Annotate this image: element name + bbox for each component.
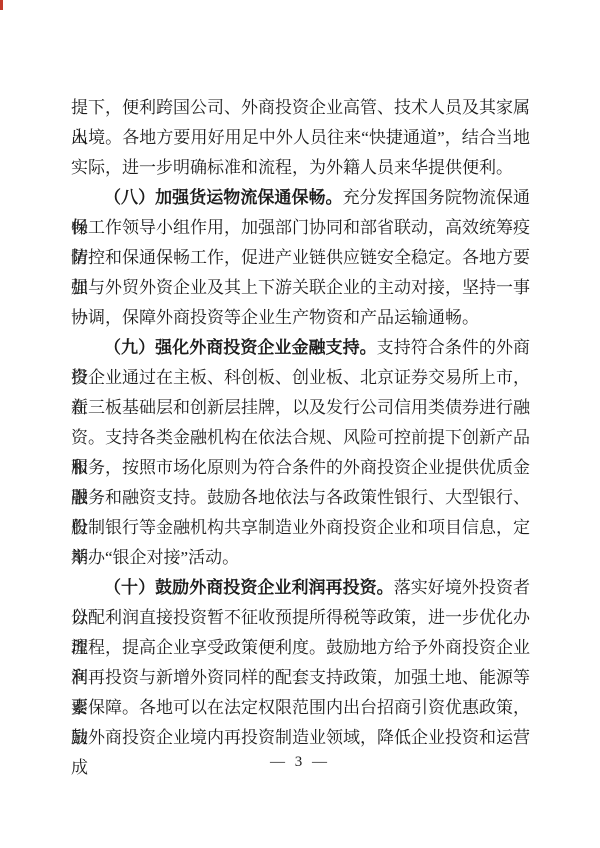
body-text-line: 防控和保通保畅工作，促进产业链供应链安全稳定。各地方要加 [71, 243, 530, 273]
document-body: 提下，便利跨国公司、外商投资企业高管、技术人员及其家属出 入境。各地方要用好用足… [71, 93, 530, 753]
section-8-heading: （八）加强货运物流保通保畅。 [104, 188, 343, 207]
body-text-line: 资企业通过在主板、科创板、创业板、北京证券交易所上市，在 [71, 363, 530, 393]
scan-artifact-red-mark [0, 0, 3, 10]
body-text-line: 提下，便利跨国公司、外商投资企业高管、技术人员及其家属出 [71, 93, 530, 123]
body-text-line: 协调，保障外商投资等企业生产物资和产品运输通畅。 [71, 303, 530, 333]
section-8-heading-line: （八）加强货运物流保通保畅。充分发挥国务院物流保通保 [71, 183, 530, 213]
body-text-line: 举办“银企对接”活动。 [71, 543, 530, 573]
body-text-line: 份制银行等金融机构共享制造业外商投资企业和项目信息，定期 [71, 513, 530, 543]
body-text-line: 畅工作领导小组作用，加强部门协同和部省联动，高效统筹疫情 [71, 213, 530, 243]
section-10-heading-line: （十）鼓励外商投资企业利润再投资。落实好境外投资者以 [71, 573, 530, 603]
body-text-line: 资。支持各类金融机构在依法合规、风险可控前提下创新产品和 [71, 423, 530, 453]
body-text-line: 强与外贸外资企业及其上下游关联企业的主动对接，坚持一事一 [71, 273, 530, 303]
body-text-line: 服务和融资支持。鼓励各地依法与各政策性银行、大型银行、股 [71, 483, 530, 513]
body-text-line: 励外商投资企业境内再投资制造业领域，降低企业投资和运营成 [71, 723, 530, 753]
body-text-line: 分配利润直接投资暂不征收预提所得税等政策，进一步优化办理 [71, 603, 530, 633]
section-9-heading: （九）强化外商投资企业金融支持。 [104, 338, 377, 357]
document-page: 提下，便利跨国公司、外商投资企业高管、技术人员及其家属出 入境。各地方要用好用足… [0, 0, 600, 848]
section-9-heading-line: （九）强化外商投资企业金融支持。支持符合条件的外商投 [71, 333, 530, 363]
body-text-line: 素保障。各地可以在法定权限范围内出台招商引资优惠政策，鼓 [71, 693, 530, 723]
body-text-line: 润再投资与新增外资同样的配套支持政策，加强土地、能源等要 [71, 663, 530, 693]
page-number: — 3 — [0, 754, 600, 771]
body-text-line: 入境。各地方要用好用足中外人员往来“快捷通道”，结合当地 [71, 123, 530, 153]
body-text-line: 实际，进一步明确标准和流程，为外籍人员来华提供便利。 [71, 153, 530, 183]
body-text-line: 新三板基础层和创新层挂牌，以及发行公司信用类债券进行融 [71, 393, 530, 423]
body-text-line: 服务，按照市场化原则为符合条件的外商投资企业提供优质金融 [71, 453, 530, 483]
body-text-line: 流程，提高企业享受政策便利度。鼓励地方给予外商投资企业利 [71, 633, 530, 663]
section-10-heading: （十）鼓励外商投资企业利润再投资。 [104, 578, 394, 597]
